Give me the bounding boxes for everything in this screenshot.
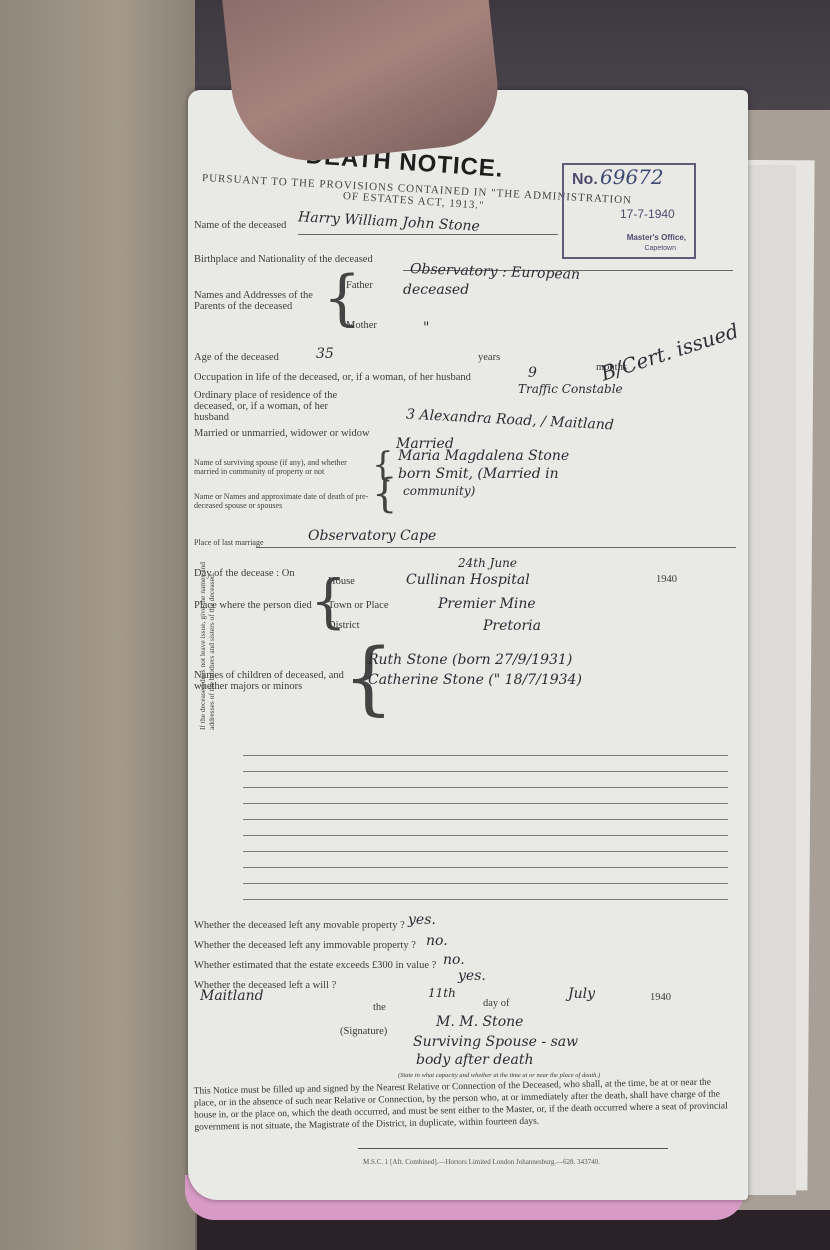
value-father: deceased [403,282,469,298]
stamp-city: Capetown [644,245,676,252]
value-will: yes. [458,968,486,984]
field-siblings-label: If the deceased does not leave issue, gi… [198,550,216,730]
stamp-number: 69672 [600,165,664,189]
child-2: Catherine Stone (" 18/7/1934) [368,672,582,688]
child-1: Ruth Stone (born 27/9/1931) [368,652,572,668]
death-notice-document: DEATH NOTICE. PURSUANT TO THE PROVISIONS… [188,90,748,1200]
value-occupation: Traffic Constable [518,382,623,396]
value-district: Pretoria [483,618,541,634]
value-town: Premier Mine [438,596,536,612]
stamp-date: 17-7-1940 [620,207,675,221]
value-movable-property: yes. [408,912,436,928]
value-spouse-1: Maria Magdalena Stone [398,448,569,464]
value-place-signed: Maitland [200,988,264,1004]
value-residence: 3 Alexandra Road, / Maitland [406,407,614,434]
value-signature: M. M. Stone [436,1014,523,1030]
signature-label: (Signature) [340,1026,420,1037]
value-house: Cullinan Hospital [406,572,530,588]
value-marriage-place: Observatory Cape [308,528,436,544]
value-age-months: 9 [528,365,537,381]
left-book-page [0,0,197,1250]
footnote: This Notice must be filled up and signed… [194,1077,735,1134]
stamp-office: Master's Office, [627,233,686,242]
value-spouse-2: born Smit, (Married in [398,466,559,482]
underlying-sheet-2 [740,165,796,1195]
value-capacity-2: body after death [416,1052,534,1068]
stamp-no-label: No. [572,171,598,189]
value-estate-value: no. [443,952,465,968]
value-birthplace: Observatory : European [410,261,581,283]
value-age-years: 35 [316,346,334,362]
printer-imprint: M.S.C. 1 [Aft. Combined].—Hortors Limite… [363,1158,600,1166]
siblings-lines [243,740,728,915]
value-day-of-decease: 24th June [458,556,517,570]
value-mother: " [423,320,429,336]
masters-office-stamp: No. 69672 17-7-1940 Master's Office, Cap… [562,163,696,259]
margin-note-bcert: B/Cert. issued [598,318,742,385]
father-label: Father [346,280,396,291]
value-capacity-1: Surviving Spouse - saw [413,1034,578,1050]
value-day-signed: 11th [428,986,456,1000]
value-month-signed: July [568,986,595,1002]
value-name: Harry William John Stone [298,209,480,234]
value-spouse-3: community) [403,484,475,498]
mother-label: Mother [346,320,396,331]
value-immovable-property: no. [426,933,448,949]
